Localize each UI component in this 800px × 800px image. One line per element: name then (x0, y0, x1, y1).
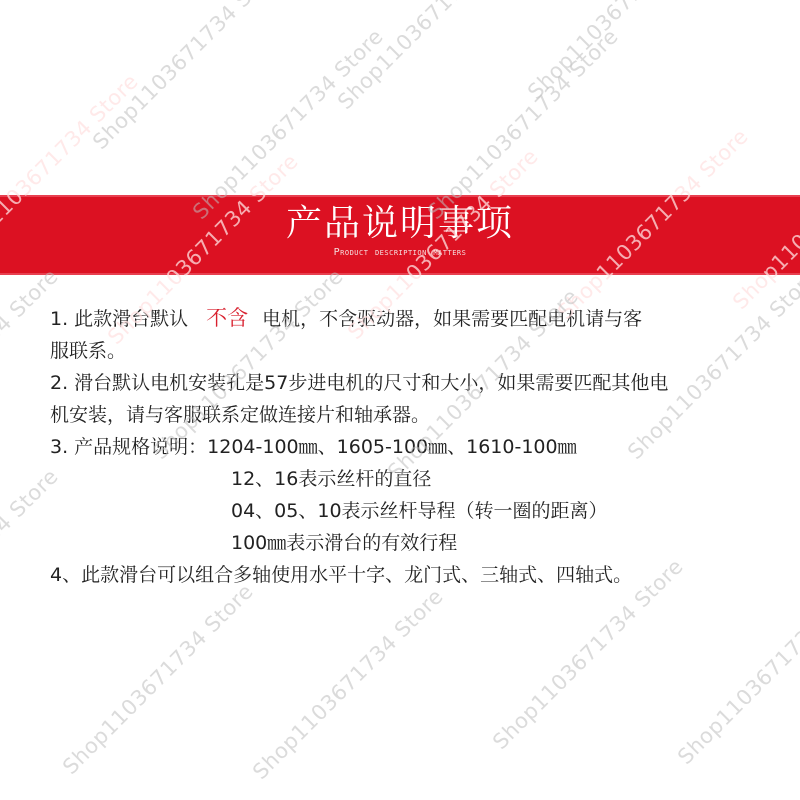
note-1-line-2: 服联系。 (50, 335, 780, 367)
note-3-line-1: 3. 产品规格说明：1204-100㎜、1605-100㎜、1610-100㎜ (50, 431, 780, 463)
watermark: Shop1103671734 Store (58, 579, 258, 779)
watermark: Shop1103671734 Store (88, 0, 288, 154)
watermark: Shop1103671734 Store (673, 569, 800, 769)
note-1-line-1: 1. 此款滑台默认不含电机，不含驱动器，如果需要匹配电机请与客 (50, 302, 780, 335)
watermark: Shop1103671734 Store (523, 0, 723, 104)
note-1-prefix: 1. 此款滑台默认 (50, 308, 188, 330)
note-3-line-3: 04、05、10表示丝杆导程（转一圈的距离） (50, 495, 780, 527)
note-2-line-1: 2. 滑台默认电机安装孔是57步进电机的尺寸和大小，如果需要匹配其他电 (50, 367, 780, 399)
banner-title: 产品说明事项 (0, 201, 800, 247)
note-3-line-2: 12、16表示丝杆的直径 (50, 463, 780, 495)
watermark: Shop1103671734 Store (248, 584, 448, 784)
banner-subtitle: Product description matters (0, 247, 800, 258)
watermark: Shop1103671734 Store (333, 0, 533, 114)
note-1-highlight: 不含 (188, 306, 262, 330)
note-2-line-2: 机安装，请与客服联系定做连接片和轴承器。 (50, 399, 780, 431)
note-4-line-1: 4、此款滑台可以组合多轴使用水平十字、龙门式、三轴式、四轴式。 (50, 559, 780, 591)
note-3-line-4: 100㎜表示滑台的有效行程 (50, 527, 780, 559)
note-1-suffix: 电机，不含驱动器，如果需要匹配电机请与客 (262, 308, 642, 330)
product-notes: 1. 此款滑台默认不含电机，不含驱动器，如果需要匹配电机请与客 服联系。 2. … (50, 302, 780, 591)
watermark: Shop1103671734 Store (0, 0, 33, 54)
title-banner: 产品说明事项 Product description matters (0, 195, 800, 275)
